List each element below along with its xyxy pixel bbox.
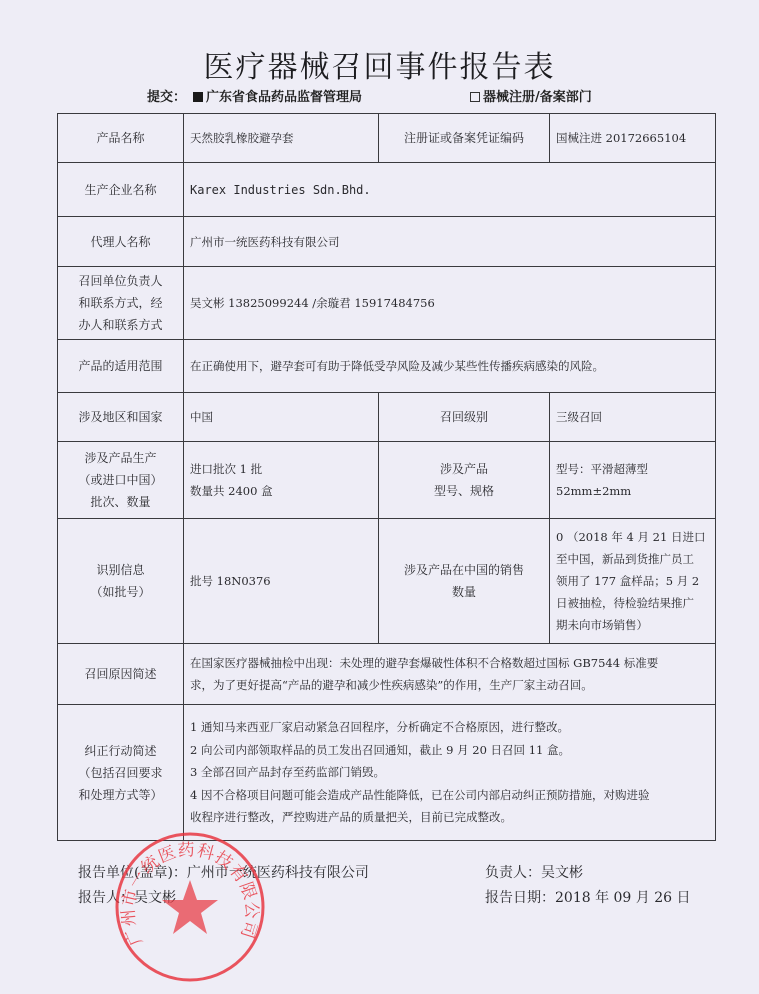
- reason-label: 召回原因简述: [58, 644, 184, 705]
- sales-value-line: 期未向市场销售）: [556, 614, 709, 636]
- model-value-line: 型号：平滑超薄型: [556, 458, 709, 480]
- model-value: 型号：平滑超薄型 52mm±2mm: [550, 442, 716, 519]
- model-label: 涉及产品 型号、规格: [379, 442, 550, 519]
- row-scope: 产品的适用范围 在正确使用下，避孕套可有助于降低受孕风险及减少某些性传播疾病感染…: [58, 340, 716, 393]
- reason-value-line: 在国家医疗器械抽检中出现：未处理的避孕套爆破性体积不合格数超过国标 GB7544…: [190, 652, 709, 674]
- manufacturer-label: 生产企业名称: [58, 163, 184, 217]
- sales-label-line: 数量: [385, 581, 543, 603]
- sales-value-line: 至中国，新品到货推广员工: [556, 548, 709, 570]
- corrective-value: 1 通知马来西亚厂家启动紧急召回程序，分析确定不合格原因，进行整改。 2 向公司…: [184, 705, 716, 841]
- row-contact: 召回单位负责人 和联系方式，经 办人和联系方式 吴文彬 13825099244 …: [58, 267, 716, 340]
- report-date: 报告日期：2018 年 09 月 26 日: [485, 887, 691, 907]
- corrective-step: 2 向公司内部领取样品的员工发出召回通知，截止 9 月 20 日召回 11 盒。: [190, 739, 709, 762]
- model-value-line: 52mm±2mm: [556, 480, 709, 502]
- identification-value: 批号 18N0376: [184, 519, 379, 644]
- model-label-line: 型号、规格: [385, 480, 543, 502]
- registration-label: 注册证或备案凭证编码: [379, 114, 550, 163]
- contact-label-line: 召回单位负责人: [64, 270, 177, 292]
- batch-label-line: （或进口中国）: [64, 469, 177, 491]
- reason-value-line: 求，为了更好提高“产品的避孕和减少性疾病感染”的作用，生产厂家主动召回。: [190, 674, 709, 696]
- report-unit: 报告单位(盖章)：广州市一统医药科技有限公司: [78, 862, 369, 882]
- responsible-person: 负责人：吴文彬: [485, 862, 583, 882]
- recall-report-table: 产品名称 天然胶乳橡胶避孕套 注册证或备案凭证编码 国械注进 201726651…: [57, 113, 716, 841]
- row-identification-sales: 识别信息 （如批号） 批号 18N0376 涉及产品在中国的销售 数量 0 （2…: [58, 519, 716, 644]
- row-region: 涉及地区和国家 中国 召回级别 三级召回: [58, 393, 716, 442]
- row-corrective: 纠正行动简述 （包括召回要求 和处理方式等） 1 通知马来西亚厂家启动紧急召回程…: [58, 705, 716, 841]
- row-agent: 代理人名称 广州市一统医药科技有限公司: [58, 217, 716, 267]
- manufacturer-value: Karex Industries Sdn.Bhd.: [184, 163, 716, 217]
- row-manufacturer: 生产企业名称 Karex Industries Sdn.Bhd.: [58, 163, 716, 217]
- contact-value: 吴文彬 13825099244 /余璇君 15917484756: [184, 267, 716, 340]
- recall-level-label: 召回级别: [379, 393, 550, 442]
- corrective-step: 4 因不合格项目问题可能会造成产品性能降低，已在公司内部启动纠正预防措施，对购进…: [190, 784, 709, 807]
- agent-value: 广州市一统医药科技有限公司: [184, 217, 716, 267]
- corrective-label-line: 纠正行动简述: [64, 740, 177, 762]
- region-value: 中国: [184, 393, 379, 442]
- row-product-name: 产品名称 天然胶乳橡胶避孕套 注册证或备案凭证编码 国械注进 201726651…: [58, 114, 716, 163]
- corrective-label-line: （包括召回要求: [64, 762, 177, 784]
- batch-label-line: 批次、数量: [64, 491, 177, 513]
- batch-label: 涉及产品生产 （或进口中国） 批次、数量: [58, 442, 184, 519]
- corrective-label-line: 和处理方式等）: [64, 784, 177, 806]
- sales-label-line: 涉及产品在中国的销售: [385, 559, 543, 581]
- checked-box-icon[interactable]: [193, 92, 203, 102]
- registration-value: 国械注进 20172665104: [550, 114, 716, 163]
- reporter: 报告人：吴文彬: [78, 887, 176, 907]
- reason-value: 在国家医疗器械抽检中出现：未处理的避孕套爆破性体积不合格数超过国标 GB7544…: [184, 644, 716, 705]
- corrective-step: 3 全部召回产品封存至药监部门销毁。: [190, 761, 709, 784]
- model-label-line: 涉及产品: [385, 458, 543, 480]
- submit-option-provincial-fda[interactable]: 广东省食品药品监督管理局: [193, 86, 362, 105]
- region-label: 涉及地区和国家: [58, 393, 184, 442]
- batch-value-line: 数量共 2400 盒: [190, 480, 372, 502]
- submit-option-label: 广东省食品药品监督管理局: [206, 90, 362, 105]
- identification-label-line: 识别信息: [64, 559, 177, 581]
- sales-label: 涉及产品在中国的销售 数量: [379, 519, 550, 644]
- submit-line: 提交： 广东省食品药品监督管理局 器械注册/备案部门: [0, 84, 759, 106]
- agent-label: 代理人名称: [58, 217, 184, 267]
- sales-value: 0 （2018 年 4 月 21 日进口 至中国，新品到货推广员工 领用了 17…: [550, 519, 716, 644]
- sales-value-line: 日被抽检，待检验结果推广: [556, 592, 709, 614]
- identification-label: 识别信息 （如批号）: [58, 519, 184, 644]
- sales-value-line: 领用了 177 盒样品；5 月 2: [556, 570, 709, 592]
- submit-option-registration-dept[interactable]: 器械注册/备案部门: [470, 86, 592, 105]
- product-name-label: 产品名称: [58, 114, 184, 163]
- corrective-label: 纠正行动简述 （包括召回要求 和处理方式等）: [58, 705, 184, 841]
- scope-value: 在正确使用下，避孕套可有助于降低受孕风险及减少某些性传播疾病感染的风险。: [184, 340, 716, 393]
- identification-label-line: （如批号）: [64, 581, 177, 603]
- contact-label-line: 办人和联系方式: [64, 314, 177, 336]
- page-title: 医疗器械召回事件报告表: [0, 42, 759, 86]
- batch-label-line: 涉及产品生产: [64, 447, 177, 469]
- unchecked-box-icon[interactable]: [470, 92, 480, 102]
- submit-label: 提交：: [147, 86, 186, 105]
- company-seal-icon: 广州市一统医药科技有限公司: [113, 830, 267, 984]
- row-batch-model: 涉及产品生产 （或进口中国） 批次、数量 进口批次 1 批 数量共 2400 盒…: [58, 442, 716, 519]
- batch-value-line: 进口批次 1 批: [190, 458, 372, 480]
- row-reason: 召回原因简述 在国家医疗器械抽检中出现：未处理的避孕套爆破性体积不合格数超过国标…: [58, 644, 716, 705]
- sales-value-line: 0 （2018 年 4 月 21 日进口: [556, 526, 709, 548]
- corrective-step: 1 通知马来西亚厂家启动紧急召回程序，分析确定不合格原因，进行整改。: [190, 716, 709, 739]
- scope-label: 产品的适用范围: [58, 340, 184, 393]
- batch-value: 进口批次 1 批 数量共 2400 盒: [184, 442, 379, 519]
- product-name-value: 天然胶乳橡胶避孕套: [184, 114, 379, 163]
- recall-level-value: 三级召回: [550, 393, 716, 442]
- contact-label-line: 和联系方式，经: [64, 292, 177, 314]
- submit-option-label: 器械注册/备案部门: [483, 90, 592, 105]
- corrective-step: 收程序进行整改，严控购进产品的质量把关，目前已完成整改。: [190, 806, 709, 829]
- contact-label: 召回单位负责人 和联系方式，经 办人和联系方式: [58, 267, 184, 340]
